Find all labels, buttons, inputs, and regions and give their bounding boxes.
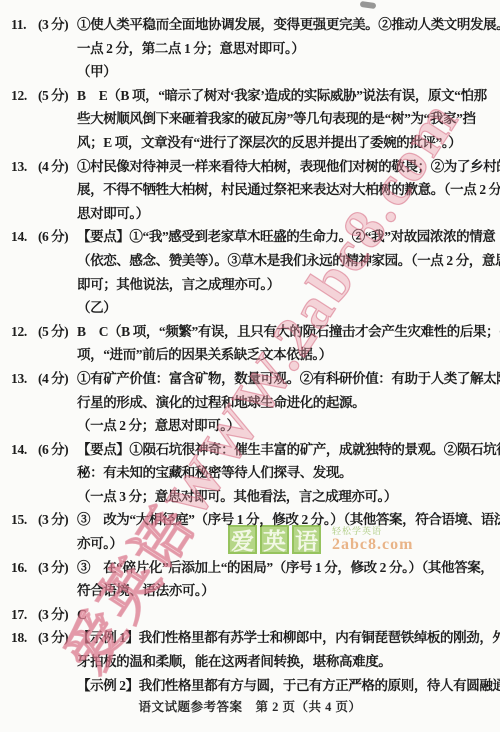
answer-item: 13.(4 分)①有矿产价值：富含矿物，数量可观。②有科研价值：有助于人类了解太… (0, 367, 500, 438)
answer-line: 些大树顺风倒下来砸着我家的破瓦房”等几句表现的是“树”为“我家”挡 (77, 107, 500, 131)
item-number: 13. (0, 367, 38, 391)
answer-line: 【示例 1】我们性格里都有苏学士和柳郎中，内有铜琵琶铁绰板的刚劲，外有红 (77, 626, 500, 650)
answer-line: ③ 改为“大相径庭”（序号 1 分，修改 2 分。）（其他答案，符合语境、语法 (77, 508, 500, 532)
answer-line: B E（B 项，“暗示了树对‘我家’造成的实际威胁”说法有误，原文“怕那 (77, 84, 500, 108)
answer-line: （乙） (77, 296, 500, 320)
item-number: 11. (0, 13, 38, 37)
item-score: (3 分) (38, 556, 77, 580)
item-score: (3 分) (38, 603, 77, 627)
item-score: (3 分) (38, 508, 77, 532)
item-score: (4 分) (38, 367, 77, 391)
answer-item: 15.(3 分)③ 改为“大相径庭”（序号 1 分，修改 2 分。）（其他答案，… (0, 508, 500, 555)
answer-item: 14.(6 分)【要点】①“我”感受到老家草木旺盛的生命力。②“我”对故园浓浓的… (0, 225, 500, 319)
answer-line: ①使人类平稳而全面地协调发展，变得更强更完美。②推动人类文明发展。（第 (77, 13, 500, 37)
item-number: 12. (0, 320, 38, 344)
item-number: 14. (0, 225, 38, 249)
item-number: 13. (0, 155, 38, 179)
item-number: 14. (0, 438, 38, 462)
answer-line: （甲） (77, 60, 500, 84)
page-footer: 语文试题参考答案 第 2 页（共 4 页） (0, 697, 500, 715)
answer-line: C (77, 603, 500, 627)
answer-line: 展，不得不牺牲大柏树，村民通过祭祀来表达对大柏树的歉意。（一点 2 分，意 (77, 178, 500, 202)
item-content: B E（B 项，“暗示了树对‘我家’造成的实际威胁”说法有误，原文“怕那些大树顺… (77, 84, 500, 155)
answer-line: 行星的形成、演化的过程和地球生命进化的起源。 (77, 391, 500, 415)
item-score: (3 分) (38, 13, 77, 37)
answer-line: 秘：有未知的宝藏和秘密等待人们探寻、发现。 (77, 461, 500, 485)
item-content: ①有矿产价值：富含矿物，数量可观。②有科研价值：有助于人类了解太阳系行星的形成、… (77, 367, 500, 438)
item-number: 15. (0, 508, 38, 532)
answer-line: B C（B 项，“频繁”有误，且只有大的陨石撞击才会产生灾难性的后果；C (77, 320, 500, 344)
answer-line: （一点 2 分；意思对即可。） (77, 414, 500, 438)
item-number: 16. (0, 556, 38, 580)
answer-line: （一点 3 分；意思对即可。其他看法，言之成理亦可。） (77, 485, 500, 509)
answer-line: 思对即可。） (77, 202, 500, 226)
answer-line: 亦可。） (77, 532, 500, 556)
item-content: ③ 改为“大相径庭”（序号 1 分，修改 2 分。）（其他答案，符合语境、语法亦… (77, 508, 500, 555)
answer-line: ③ 在“碎片化”后添加上“的困局”（序号 1 分，修改 2 分。）（其他答案， (77, 556, 500, 580)
answer-line: 牙拍板的温和柔顺，能在这两者间转换，堪称高难度。 (77, 650, 500, 674)
item-number: 12. (0, 84, 38, 108)
document-page: 爱英语WWW.2abc8.com 爱英语 轻松学英语 2abc8.com 11.… (0, 0, 500, 732)
item-score: (4 分) (38, 155, 77, 179)
item-score: (6 分) (38, 225, 77, 249)
answer-line: （依恋、感念、赞美等）。③草木是我们永远的精神家园。（一点 2 分，意思对 (77, 249, 500, 273)
answer-item: 14.(6 分)【要点】①陨石坑很神奇：催生丰富的矿产，成就独特的景观。②陨石坑… (0, 438, 500, 509)
answer-line: 风；E 项，文章没有“进行了深层次的反思并提出了委婉的批评”。） (77, 131, 500, 155)
answer-item: 12.(5 分)B E（B 项，“暗示了树对‘我家’造成的实际威胁”说法有误，原… (0, 84, 500, 155)
item-content: ③ 在“碎片化”后添加上“的困局”（序号 1 分，修改 2 分。）（其他答案，符… (77, 556, 500, 603)
item-content: C (77, 603, 500, 627)
answer-line: ①有矿产价值：富含矿物，数量可观。②有科研价值：有助于人类了解太阳系 (77, 367, 500, 391)
answer-line: ①村民像对待神灵一样来看待大柏树，表现他们对树的敬畏；②为了乡村的发 (77, 155, 500, 179)
answer-line: 【要点】①陨石坑很神奇：催生丰富的矿产，成就独特的景观。②陨石坑很神 (77, 438, 500, 462)
answer-line: 项，“进而”前后的因果关系缺乏文本依据。） (77, 343, 500, 367)
item-content: 【要点】①“我”感受到老家草木旺盛的生命力。②“我”对故园浓浓的情意（依恋、感念… (77, 225, 500, 319)
item-score: (5 分) (38, 320, 77, 344)
item-content: 【示例 1】我们性格里都有苏学士和柳郎中，内有铜琵琶铁绰板的刚劲，外有红牙拍板的… (77, 626, 500, 697)
answer-item: 11.(3 分)①使人类平稳而全面地协调发展，变得更强更完美。②推动人类文明发展… (0, 13, 500, 84)
item-number: 18. (0, 626, 38, 650)
answer-line: 一点 2 分，第二点 1 分；意思对即可。） (77, 37, 500, 61)
answer-item: 17.(3 分)C (0, 603, 500, 627)
item-score: (5 分) (38, 84, 77, 108)
item-score: (3 分) (38, 626, 77, 650)
item-score: (6 分) (38, 438, 77, 462)
answer-item: 16.(3 分)③ 在“碎片化”后添加上“的困局”（序号 1 分，修改 2 分。… (0, 556, 500, 603)
answer-line: 【要点】①“我”感受到老家草木旺盛的生命力。②“我”对故园浓浓的情意 (77, 225, 500, 249)
item-content: B C（B 项，“频繁”有误，且只有大的陨石撞击才会产生灾难性的后果；C项，“进… (77, 320, 500, 367)
answer-item: 12.(5 分)B C（B 项，“频繁”有误，且只有大的陨石撞击才会产生灾难性的… (0, 320, 500, 367)
item-content: 【要点】①陨石坑很神奇：催生丰富的矿产，成就独特的景观。②陨石坑很神秘：有未知的… (77, 438, 500, 509)
answer-line: 【示例 2】我们性格里都有方与圆，于己有方正严格的原则，待人有圆融通达的 (77, 674, 500, 698)
answer-list: 11.(3 分)①使人类平稳而全面地协调发展，变得更强更完美。②推动人类文明发展… (0, 13, 500, 697)
scan-artifact (360, 1, 377, 9)
answer-item: 18.(3 分)【示例 1】我们性格里都有苏学士和柳郎中，内有铜琵琶铁绰板的刚劲… (0, 626, 500, 697)
item-content: ①使人类平稳而全面地协调发展，变得更强更完美。②推动人类文明发展。（第一点 2 … (77, 13, 500, 84)
answer-line: 即可；其他说法，言之成理亦可。） (77, 273, 500, 297)
item-content: ①村民像对待神灵一样来看待大柏树，表现他们对树的敬畏；②为了乡村的发展，不得不牺… (77, 155, 500, 226)
item-number: 17. (0, 603, 38, 627)
answer-line: 符合语境、语法亦可。） (77, 579, 500, 603)
answer-item: 13.(4 分)①村民像对待神灵一样来看待大柏树，表现他们对树的敬畏；②为了乡村… (0, 155, 500, 226)
